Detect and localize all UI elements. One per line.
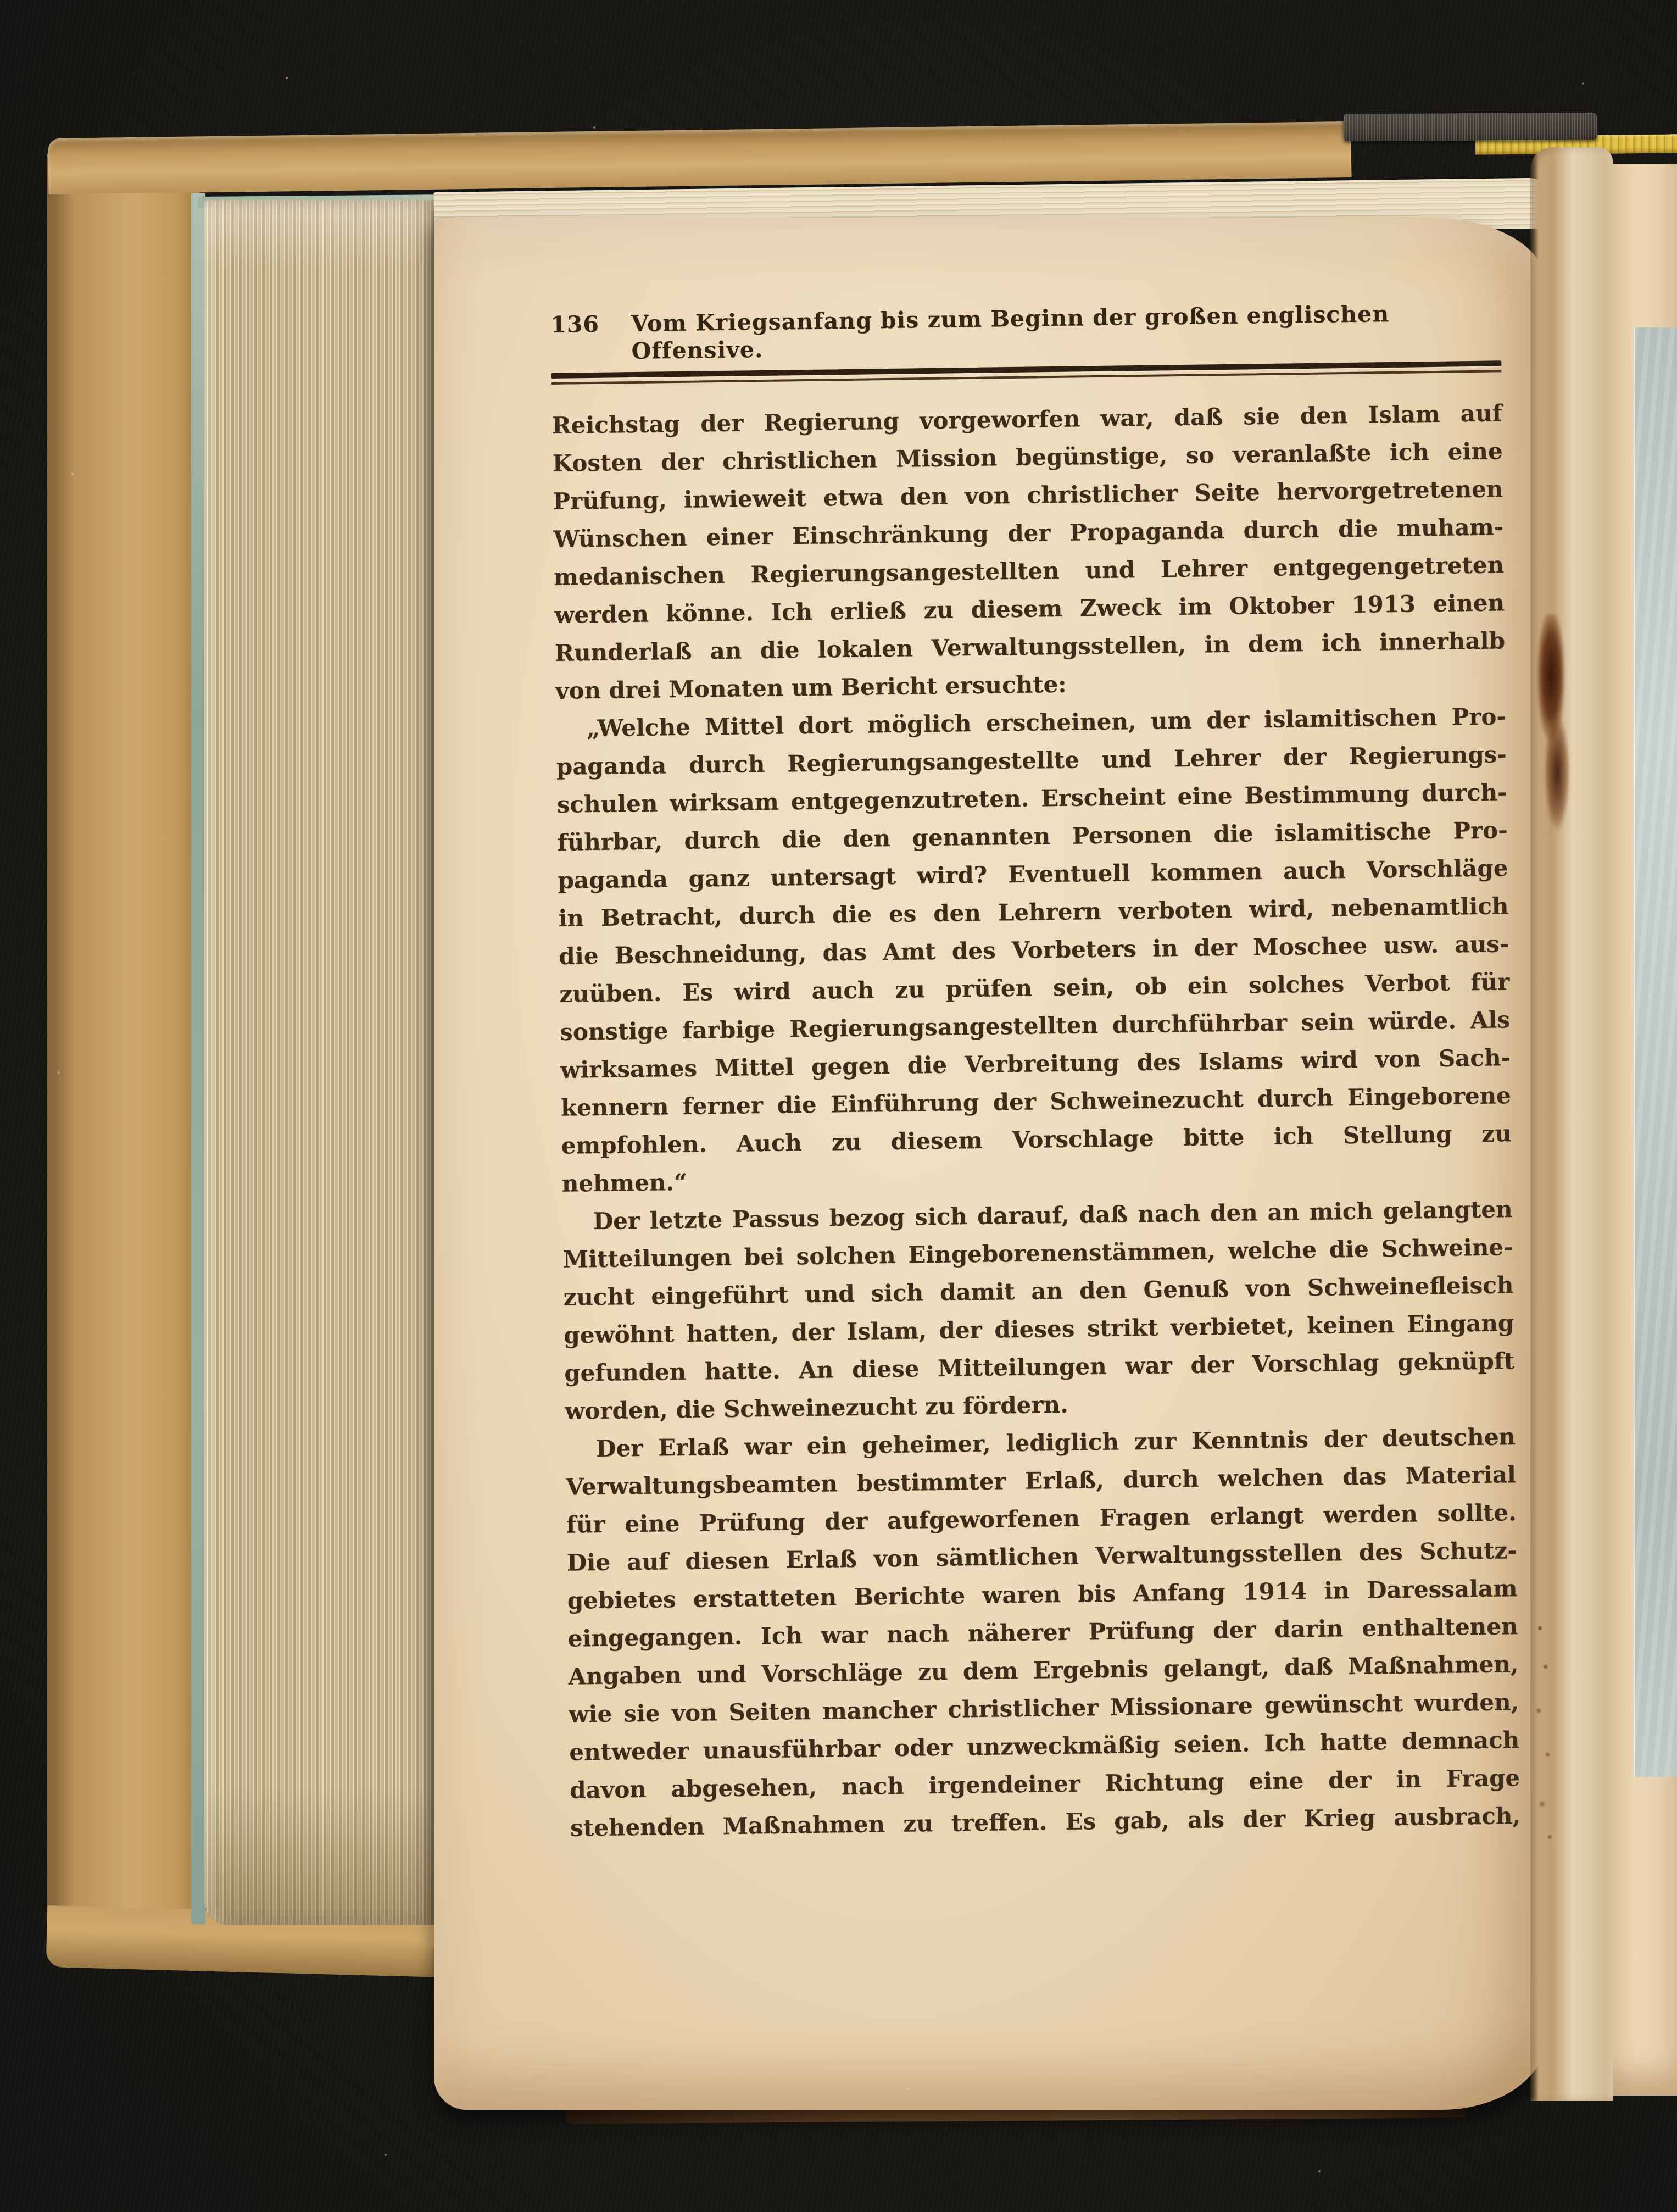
running-title: Vom Kriegsanfang bis zum Beginn der groß… bbox=[631, 298, 1502, 365]
dust-specks bbox=[286, 77, 288, 79]
photo-of-open-book: { "photo": { "page_number": "136", "runn… bbox=[0, 0, 1677, 2212]
endpaper-sliver-left bbox=[191, 193, 205, 1924]
page-content: 136 Vom Kriegsanfang bis zum Beginn der … bbox=[550, 298, 1520, 1847]
gutter-fold bbox=[1530, 147, 1613, 2101]
body-text: Reichstag der Regierung vorgeworfen war,… bbox=[551, 394, 1520, 1847]
book-page: 136 Vom Kriegsanfang bis zum Beginn der … bbox=[434, 218, 1546, 2110]
page-stack-fore-edge bbox=[204, 200, 436, 1925]
running-header: 136 Vom Kriegsanfang bis zum Beginn der … bbox=[550, 298, 1501, 366]
stain-mark bbox=[1535, 614, 1575, 834]
plate-illustration-sliver bbox=[1634, 327, 1677, 1777]
foxing-specks bbox=[1538, 1626, 1542, 1630]
bookmark-ribbon bbox=[1344, 113, 1597, 142]
book-cover-left-edge bbox=[47, 144, 199, 1957]
page-number: 136 bbox=[550, 310, 599, 338]
